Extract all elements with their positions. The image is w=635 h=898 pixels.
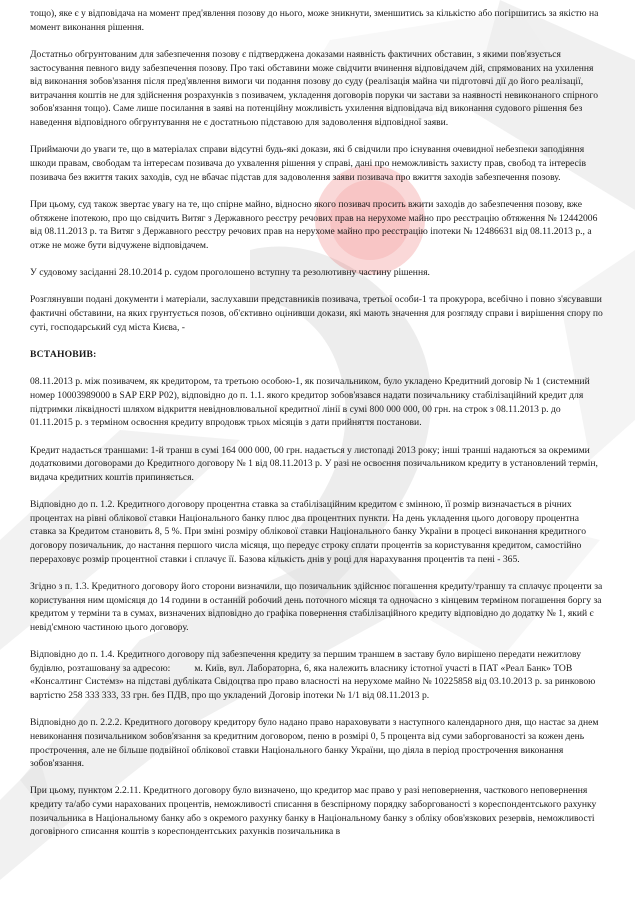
paragraph: Згідно з п. 1.3. Кредитного договору йог… [30,580,605,634]
section-heading: ВСТАНОВИВ: [30,348,605,362]
paragraph: 08.11.2013 р. між позивачем, як кредитор… [30,375,605,429]
paragraph-address: Відповідно до п. 1.4. Кредитного договор… [30,648,605,702]
paragraph: Відповідно до п. 2.2.2. Кредитного догов… [30,716,605,770]
paragraph: При цьому, суд також звертає увагу на те… [30,198,605,252]
paragraph: У судовому засіданні 28.10.2014 р. судом… [30,266,605,280]
paragraph: При цьому, пунктом 2.2.11. Кредитного до… [30,784,605,838]
paragraph: Приймаючи до уваги те, що в матеріалах с… [30,143,605,184]
paragraph: Достатньо обгрунтованим для забезпечення… [30,48,605,130]
paragraph: Відповідно до п. 1.2. Кредитного договор… [30,498,605,566]
paragraph: Кредит надається траншами: 1-й транш в с… [30,444,605,485]
document-page: тощо), яке є у відповідача на момент пре… [0,0,635,839]
paragraph: Розглянувши подані документи і матеріали… [30,293,605,334]
paragraph: тощо), яке є у відповідача на момент пре… [30,7,605,34]
